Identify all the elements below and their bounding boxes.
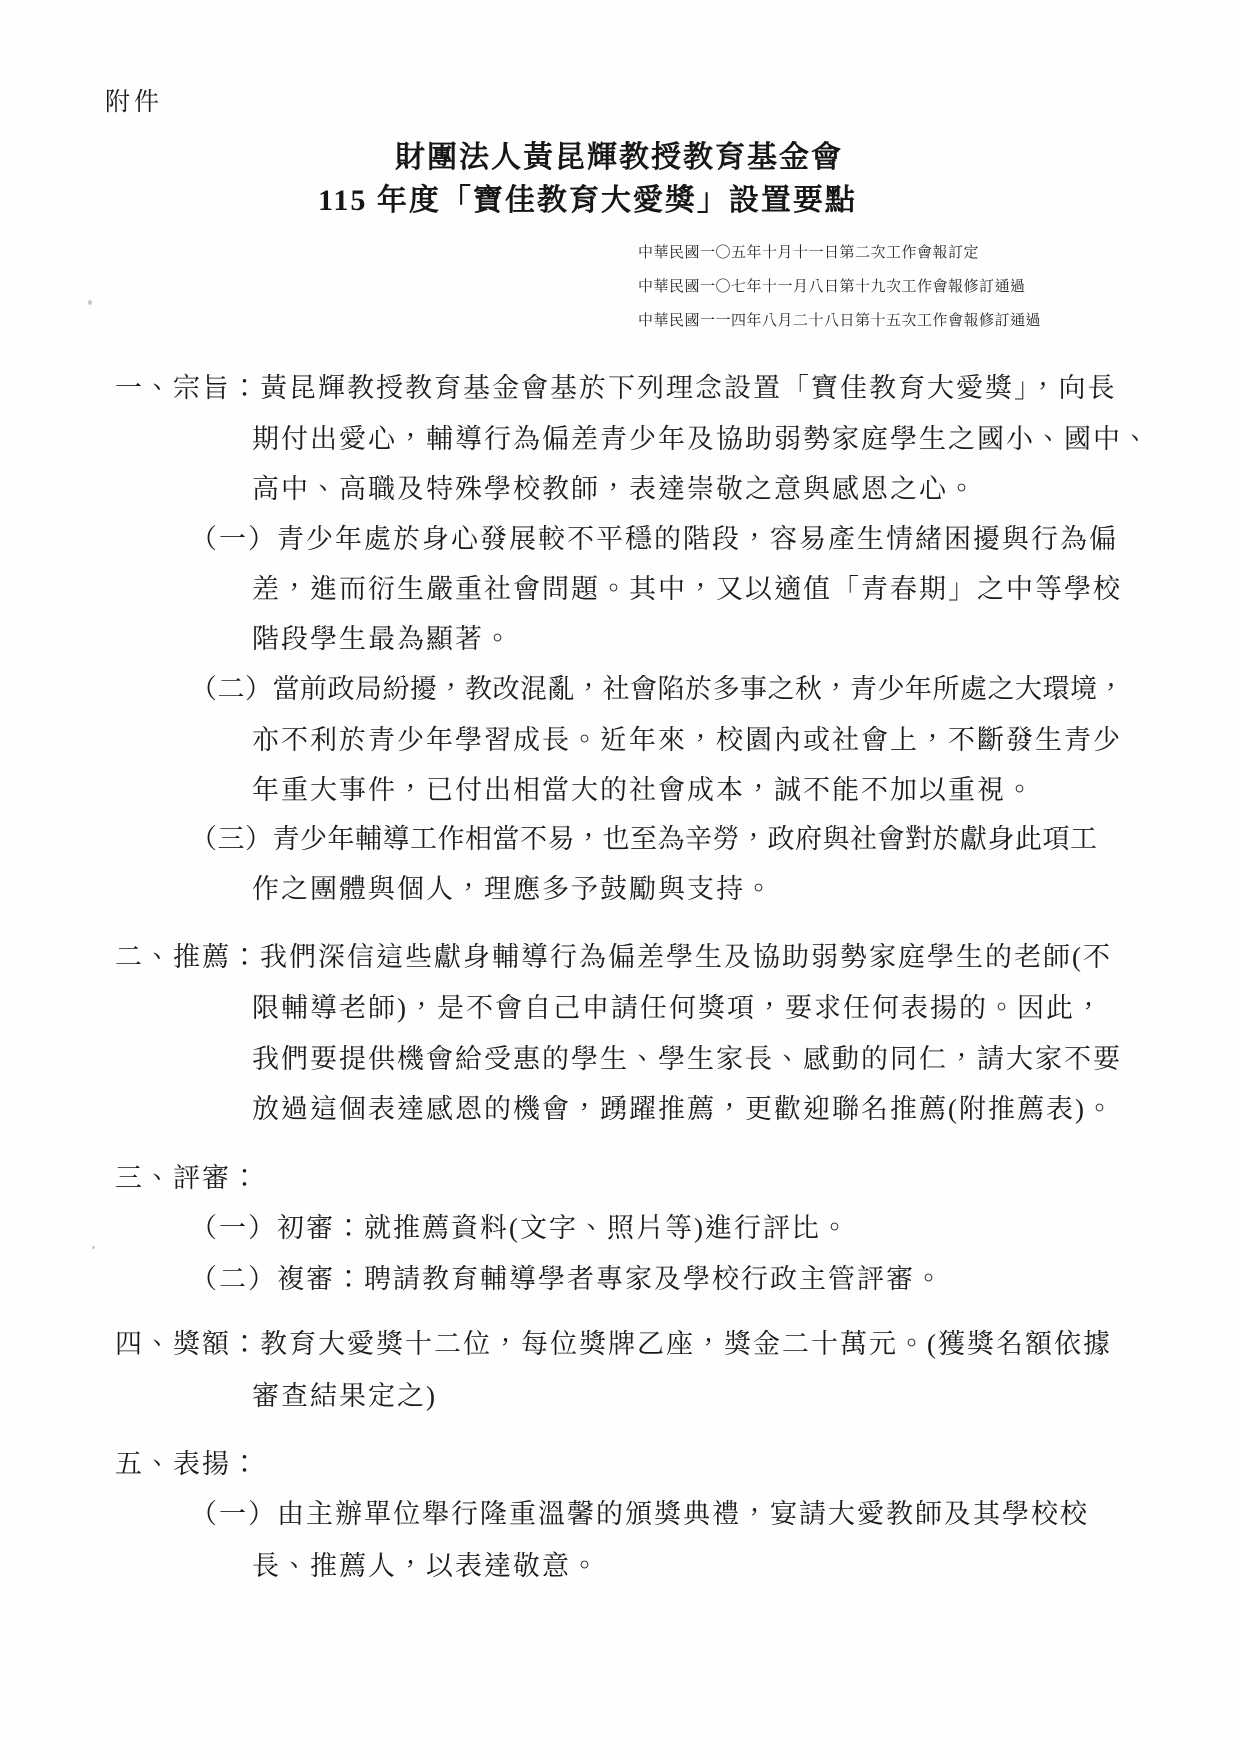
body-line: 限輔導老師)，是不會自己申請任何獎項，要求任何表揚的。因此， [252,995,1104,1022]
body-line: （一）初審：就推薦資料(文字、照片等)進行評比。 [190,1215,850,1242]
body-line: 五、表揚： [115,1451,260,1478]
scan-artifact-dot [88,300,92,305]
scan-artifact-dot [92,1246,95,1249]
body-line: 年重大事件，已付出相當大的社會成本，誠不能不加以重視。 [252,777,1035,804]
body-line: 放過這個表達感恩的機會，踴躍推薦，更歡迎聯名推薦(附推薦表)。 [252,1096,1115,1123]
body-line: 長、推薦人，以表達敬意。 [252,1553,600,1580]
body-line: 四、獎額：教育大愛獎十二位，每位獎牌乙座，獎金二十萬元。(獲獎名額依據 [115,1331,1112,1358]
body-line: 高中、高職及特殊學校教師，表達崇敬之意與感恩之心。 [252,476,977,503]
body-line: 差，進而衍生嚴重社會問題。其中，又以適值「青春期」之中等學校 [252,576,1122,603]
body-line: 期付出愛心，輔導行為偏差青少年及協助弱勢家庭學生之國小、國中、 [252,426,1151,453]
body-line: 階段學生最為顯著。 [252,626,513,653]
revision-note: 中華民國一〇七年十一月八日第十九次工作會報修訂通過 [638,280,1026,295]
body-line: 審查結果定之) [252,1383,437,1410]
body-line: （二）複審：聘請教育輔導學者專家及學校行政主管評審。 [190,1266,944,1293]
body-line: 三、評審： [115,1165,260,1192]
attachment-label: 附件 [105,90,163,115]
body-line: 我們要提供機會給受惠的學生、學生家長、感動的同仁，請大家不要 [252,1046,1122,1073]
body-line: （一）由主辦單位舉行隆重溫馨的頒獎典禮，宴請大愛教師及其學校校 [190,1501,1089,1528]
body-line: 亦不利於青少年學習成長。近年來，校園內或社會上，不斷發生青少 [252,727,1122,754]
revision-note: 中華民國一一四年八月二十八日第十五次工作會報修訂通過 [638,314,1041,329]
body-line: 一、宗旨：黃昆輝教授教育基金會基於下列理念設置「寶佳教育大愛獎」，向長 [115,375,1117,402]
body-line: （二）當前政局紛擾，教改混亂，社會陷於多事之秋，青少年所處之大環境， [190,676,1125,703]
body-line: 二、推薦：我們深信這些獻身輔導行為偏差學生及協助弱勢家庭學生的老師(不 [115,944,1112,971]
body-line: 作之團體與個人，理應多予鼓勵與支持。 [252,876,774,903]
body-line: （三）青少年輔導工作相當不易，也至為辛勞，政府與社會對於獻身此項工 [190,826,1098,853]
revision-note: 中華民國一〇五年十月十一日第二次工作會報訂定 [638,246,979,261]
scanned-document-page: 附件 財團法人黃昆輝教授教育基金會 115 年度「寶佳教育大愛獎」設置要點 中華… [0,0,1240,1753]
document-title-line2: 115 年度「寶佳教育大愛獎」設置要點 [318,186,857,216]
body-line: （一）青少年處於身心發展較不平穩的階段，容易產生情緒困擾與行為偏 [190,526,1118,553]
document-title-line1: 財團法人黃昆輝教授教育基金會 [395,143,843,173]
